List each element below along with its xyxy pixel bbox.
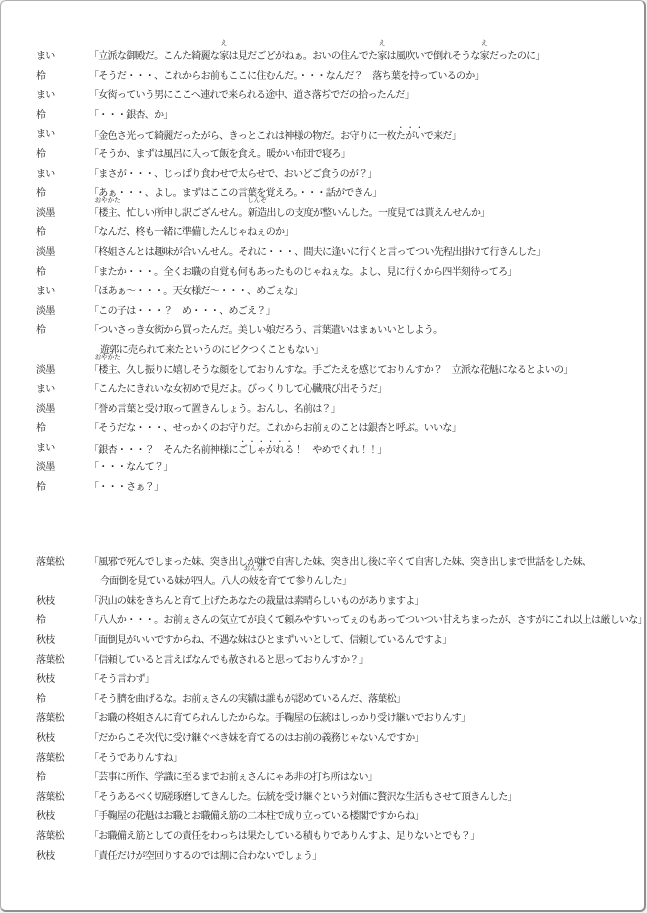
speaker-name: 落葉松	[36, 749, 89, 769]
speaker-name	[36, 572, 89, 592]
dialogue-text: 「金色さ光って綺麗だったがら、きっとこれは神様の物だ。お守りに一枚たがいで来だ」	[89, 125, 461, 145]
dialogue-text: 「楼主おやかた、忙しい所申し訳ござんせん。新造しんぞ出しの支度が整いんした。一度…	[89, 204, 490, 224]
dialogue-row: 秋枝「だからこそ次代に受け継ぐべき妹を育てるのはお前の義務じゃないんですか」	[1, 729, 644, 749]
dialogue-text: 「あぁ・・・、よし。まずはここの言葉を覚えろ。・・・話ができん」	[89, 184, 382, 204]
speaker-name: 秋枝	[36, 631, 89, 651]
speaker-name: 淡墨	[36, 204, 89, 224]
dialogue-text: 「お職備え筋としての責任をわっちは果たしている積もりでありんすよ、足りないとでも…	[89, 827, 480, 847]
dialogue-section: 落葉松「風邪で死んでしまった妹、突き出しが嫌で自害した妹、突き出し後に辛くて自害…	[1, 553, 644, 867]
speaker-name: 柃	[36, 145, 89, 165]
dialogue-row: まい「こんたにきれいな女初めで見だよ。びっくりして心臓飛び出そうだ」	[1, 380, 644, 400]
speaker-name: 淡墨	[36, 361, 89, 381]
dialogue-text: 「面倒見がいいですからね、不遇な妹はひとまずいいとして、信頼しているんですよ」	[89, 631, 452, 651]
dialogue-text: 「そうあるべく切磋琢磨してきんした。伝統を受け継ぐという対価に贅沢な生活もさせて…	[89, 788, 517, 808]
speaker-name: 柃	[36, 768, 89, 788]
dialogue-row: 柃「八人か・・・。お前ぇさんの気立てが良くて頼みやすいってぇのもあってついつい甘…	[1, 611, 644, 631]
speaker-name: 秋枝	[36, 847, 89, 867]
dialogue-text: 「責任だけが空回りするのでは割に合わないでしょう」	[89, 847, 322, 867]
speaker-name: 柃	[36, 419, 89, 439]
dialogue-text: 「・・・銀杏、か」	[89, 106, 173, 126]
speaker-name: まい	[36, 282, 89, 302]
dialogue-text: 「こんたにきれいな女初めで見だよ。びっくりして心臓飛び出そうだ」	[89, 380, 387, 400]
dialogue-text: 「ほあぁ～・・・。天女様だ～・・・、めごぇな」	[89, 282, 303, 302]
dialogue-text: 「・・・なんて？」	[89, 458, 173, 478]
dialogue-row: 秋枝「手鞠屋の花魁はお職とお職備え筋の二本柱で成り立っている楼閣ですからね」	[1, 807, 644, 827]
dialogue-text: 「柊姐さんとは趣味が合いんせん。それに・・・、間夫に逢いに行くと言ってつい先程出…	[89, 243, 545, 263]
speaker-name: 淡墨	[36, 458, 89, 478]
dialogue-row: 柃「・・・銀杏、か」	[1, 106, 644, 126]
dialogue-row: 淡墨「楼主おやかた、久し振りに嬉しそうな顔をしておりんすな。手ごたえを感じており…	[1, 361, 644, 381]
dialogue-row: 柃「なんだ、柊も一緒に準備したんじゃねぇのか」	[1, 223, 644, 243]
speaker-name: 秋枝	[36, 670, 89, 690]
ruby-base: 家え	[480, 47, 489, 67]
speaker-name: 柃	[36, 690, 89, 710]
dialogue-section: まい「立派な御殿だ。こんた綺麗な家えは見だごどがねぁ。おいの住んでた家えは風吹い…	[1, 1, 644, 498]
dialogue-row: まい「金色さ光って綺麗だったがら、きっとこれは神様の物だ。お守りに一枚たがいで来…	[1, 125, 644, 145]
document-page: まい「立派な御殿だ。こんた綺麗な家えは見だごどがねぁ。おいの住んでた家えは風吹い…	[0, 0, 646, 912]
speaker-name: 秋枝	[36, 807, 89, 827]
dialogue-text: 遊郭に売られて来たというのにビクつくこともない」	[89, 341, 323, 361]
dialogue-text: 「そう言わず」	[89, 670, 154, 690]
speaker-name: 秋枝	[36, 592, 89, 612]
speaker-name: 柃	[36, 611, 89, 631]
dialogue-text: 「女衒っていう男にここへ連れで来られる途中、道さ落ぢでだの拾ったんだ」	[89, 86, 414, 106]
dialogue-text: 「またか・・・。全くお職の自覚も何もあったものじゃねぇな。よし、見に行くから四半…	[89, 263, 517, 283]
speaker-name: 柃	[36, 67, 89, 87]
dialogue-row: 柃「またか・・・。全くお職の自覚も何もあったものじゃねぇな。よし、見に行くから四…	[1, 263, 644, 283]
dialogue-row: 秋枝「そう言わず」	[1, 670, 644, 690]
dialogue-row: 淡墨「楼主おやかた、忙しい所申し訳ござんせん。新造しんぞ出しの支度が整いんした。…	[1, 204, 644, 224]
dialogue-row: 柃「そう臍を曲げるな。お前ぇさんの実績は誰もが認めているんだ、落葉松」	[1, 690, 644, 710]
dialogue-text: 「なんだ、柊も一緒に準備したんじゃねぇのか」	[89, 223, 294, 243]
speaker-name: 落葉松	[36, 788, 89, 808]
dialogue-row: 淡墨「・・・なんて？」	[1, 458, 644, 478]
dialogue-text: 「八人か・・・。お前ぇさんの気立てが良くて頼みやすいってぇのもあってついつい甘え…	[89, 611, 646, 631]
ruby-base: 妓おんな	[249, 572, 258, 592]
dialogue-row: 落葉松「お職備え筋としての責任をわっちは果たしている積もりでありんすよ、足りない…	[1, 827, 644, 847]
speaker-name: 落葉松	[36, 553, 89, 573]
dialogue-row: 秋枝「責任だけが空回りするのでは割に合わないでしょう」	[1, 847, 644, 867]
dialogue-row: 柃「芸事に所作、学識に至るまでお前ぇさんにゃあ非の打ち所はない」	[1, 768, 644, 788]
furigana: え	[379, 41, 386, 48]
speaker-name: まい	[36, 86, 89, 106]
speaker-name: 柃	[36, 478, 89, 498]
dialogue-row: 柃「そうか、まずは風呂に入って飯を食え。暖かい布団で寝ろ」	[1, 145, 644, 165]
dialogue-row: 柃「ついさっき女衒から買ったんだ。美しい娘だろう、言葉遣いはまぁいいとしよう。	[1, 321, 644, 341]
speaker-name: 落葉松	[36, 827, 89, 847]
ruby-base: 楼主おやかた	[98, 204, 117, 224]
speaker-name: まい	[36, 380, 89, 400]
speaker-name: 柃	[36, 263, 89, 283]
speaker-name: まい	[36, 439, 89, 459]
furigana: え	[221, 41, 228, 48]
dialogue-row: まい「ほあぁ～・・・。天女様だ～・・・、めごぇな」	[1, 282, 644, 302]
dialogue-text: 「この子は・・・？ め・・・、めごえ？」	[89, 302, 275, 322]
speaker-name: まい	[36, 47, 89, 67]
dialogue-text: 「そうか、まずは風呂に入って飯を食え。暖かい布団で寝ろ」	[89, 145, 350, 165]
dialogue-text: 「ついさっき女衒から買ったんだ。美しい娘だろう、言葉遣いはまぁいいとしよう。	[89, 321, 442, 341]
dialogue-row: 柃「・・・さぁ？」	[1, 478, 644, 498]
dialogue-row: 秋枝「面倒見がいいですからね、不遇な妹はひとまずいいとして、信頼しているんですよ…	[1, 631, 644, 651]
ruby-base: 家え	[377, 47, 386, 67]
dialogue-text: 「だからこそ次代に受け継ぐべき妹を育てるのはお前の義務じゃないんですか」	[89, 729, 424, 749]
dialogue-text: 「信頼していると言えばなんでも赦されると思っておりんすか？」	[89, 651, 368, 671]
dialogue-text: 「誉め言葉と受け取って置きんしょう。おんし、名前は？」	[89, 400, 340, 420]
dialogue-text: 「沢山の妹をきちんと育て上げたあなたの裁量は素晴らしいものがありますよ」	[89, 592, 424, 612]
furigana: おやかた	[95, 198, 121, 205]
speaker-name: 落葉松	[36, 709, 89, 729]
speaker-name: 柃	[36, 106, 89, 126]
furigana: おんな	[244, 566, 264, 573]
dialogue-text: 「そうだな・・・、せっかくのお守りだ。これからお前ぇのことは銀杏と呼ぶ。いいな」	[89, 419, 461, 439]
dialogue-row: 落葉松「そうでありんすね」	[1, 749, 644, 769]
dialogue-row: 落葉松「風邪で死んでしまった妹、突き出しが嫌で自害した妹、突き出し後に辛くて自害…	[1, 553, 644, 573]
dialogue-text: 今面倒を見ている妹が四人。八人の妓おんなを育てて参りんした」	[89, 572, 351, 592]
dialogue-row: 淡墨「この子は・・・？ め・・・、めごえ？」	[1, 302, 644, 322]
dialogue-continuation-row: 今面倒を見ている妹が四人。八人の妓おんなを育てて参りんした」	[1, 572, 644, 592]
dialogue-text: 「立派な御殿だ。こんた綺麗な家えは見だごどがねぁ。おいの住んでた家えは風吹いで倒…	[89, 47, 545, 67]
dialogue-row: 柃「そうだ・・・、これからお前もここに住むんだ。・・・なんだ？ 落ち葉を持ってい…	[1, 67, 644, 87]
speaker-name: 柃	[36, 321, 89, 341]
furigana: しんぞ	[247, 198, 267, 205]
dialogue-row: まい「女衒っていう男にここへ連れで来られる途中、道さ落ぢでだの拾ったんだ」	[1, 86, 644, 106]
ruby-base: 新造しんぞ	[248, 204, 267, 224]
ruby-base: 楼主おやかた	[98, 361, 117, 381]
dialogue-row: 落葉松「お職の柊姐さんに育てられんしたからな。手鞠屋の伝統はしっかり受け継いでお…	[1, 709, 644, 729]
dialogue-text: 「そうでありんすね」	[89, 749, 182, 769]
speaker-name: 秋枝	[36, 729, 89, 749]
dialogue-row: まい「銀杏・・・？ そんた名前神様にごしゃがれる！ やめでくれ！！」	[1, 439, 644, 459]
dialogue-text: 「芸事に所作、学識に至るまでお前ぇさんにゃあ非の打ち所はない」	[89, 768, 377, 788]
dialogue-text: 「手鞠屋の花魁はお職とお職備え筋の二本柱で成り立っている楼閣ですからね」	[89, 807, 424, 827]
dialogue-text: 「そう臍を曲げるな。お前ぇさんの実績は誰もが認めているんだ、落葉松」	[89, 690, 405, 710]
emphasized-text: たがい	[396, 131, 424, 142]
dialogue-text: 「まさが・・・、じっぱり食わせで太らせで、おいどご食うのが？」	[89, 165, 377, 185]
dialogue-row: 秋枝「沢山の妹をきちんと育て上げたあなたの裁量は素晴らしいものがありますよ」	[1, 592, 644, 612]
dialogue-text: 「お職の柊姐さんに育てられんしたからな。手鞠屋の伝統はしっかり受け継いでおりんす…	[89, 709, 470, 729]
dialogue-text: 「楼主おやかた、久し振りに嬉しそうな顔をしておりんすな。手ごたえを感じておりんす…	[89, 361, 573, 381]
furigana: え	[481, 41, 488, 48]
speaker-name: 柃	[36, 184, 89, 204]
dialogue-row: 淡墨「柊姐さんとは趣味が合いんせん。それに・・・、間夫に逢いに行くと言ってつい先…	[1, 243, 644, 263]
speaker-name: 淡墨	[36, 400, 89, 420]
speaker-name: 淡墨	[36, 243, 89, 263]
speaker-name: 柃	[36, 223, 89, 243]
speaker-name: 淡墨	[36, 302, 89, 322]
script-body: まい「立派な御殿だ。こんた綺麗な家えは見だごどがねぁ。おいの住んでた家えは風吹い…	[1, 1, 644, 866]
ruby-base: 家え	[219, 47, 228, 67]
speaker-name: まい	[36, 125, 89, 145]
furigana: おやかた	[95, 355, 121, 362]
emphasized-text: ごしゃがれる	[238, 445, 294, 456]
dialogue-row: 落葉松「そうあるべく切磋琢磨してきんした。伝統を受け継ぐという対価に贅沢な生活も…	[1, 788, 644, 808]
dialogue-row: 落葉松「信頼していると言えばなんでも赦されると思っておりんすか？」	[1, 651, 644, 671]
speaker-name: まい	[36, 165, 89, 185]
dialogue-text: 「風邪で死んでしまった妹、突き出しが嫌で自害した妹、突き出し後に辛くて自害した妹…	[89, 553, 591, 573]
speaker-name	[36, 341, 89, 361]
dialogue-text: 「・・・さぁ？」	[89, 478, 163, 498]
dialogue-text: 「銀杏・・・？ そんた名前神様にごしゃがれる！ やめでくれ！！」	[89, 439, 387, 459]
speaker-name: 落葉松	[36, 651, 89, 671]
dialogue-text: 「そうだ・・・、これからお前もここに住むんだ。・・・なんだ？ 落ち葉を持っている…	[89, 67, 484, 87]
dialogue-row: 柃「そうだな・・・、せっかくのお守りだ。これからお前ぇのことは銀杏と呼ぶ。いいな…	[1, 419, 644, 439]
dialogue-row: まい「まさが・・・、じっぱり食わせで太らせで、おいどご食うのが？」	[1, 165, 644, 185]
dialogue-row: 淡墨「誉め言葉と受け取って置きんしょう。おんし、名前は？」	[1, 400, 644, 420]
dialogue-row: まい「立派な御殿だ。こんた綺麗な家えは見だごどがねぁ。おいの住んでた家えは風吹い…	[1, 47, 644, 67]
